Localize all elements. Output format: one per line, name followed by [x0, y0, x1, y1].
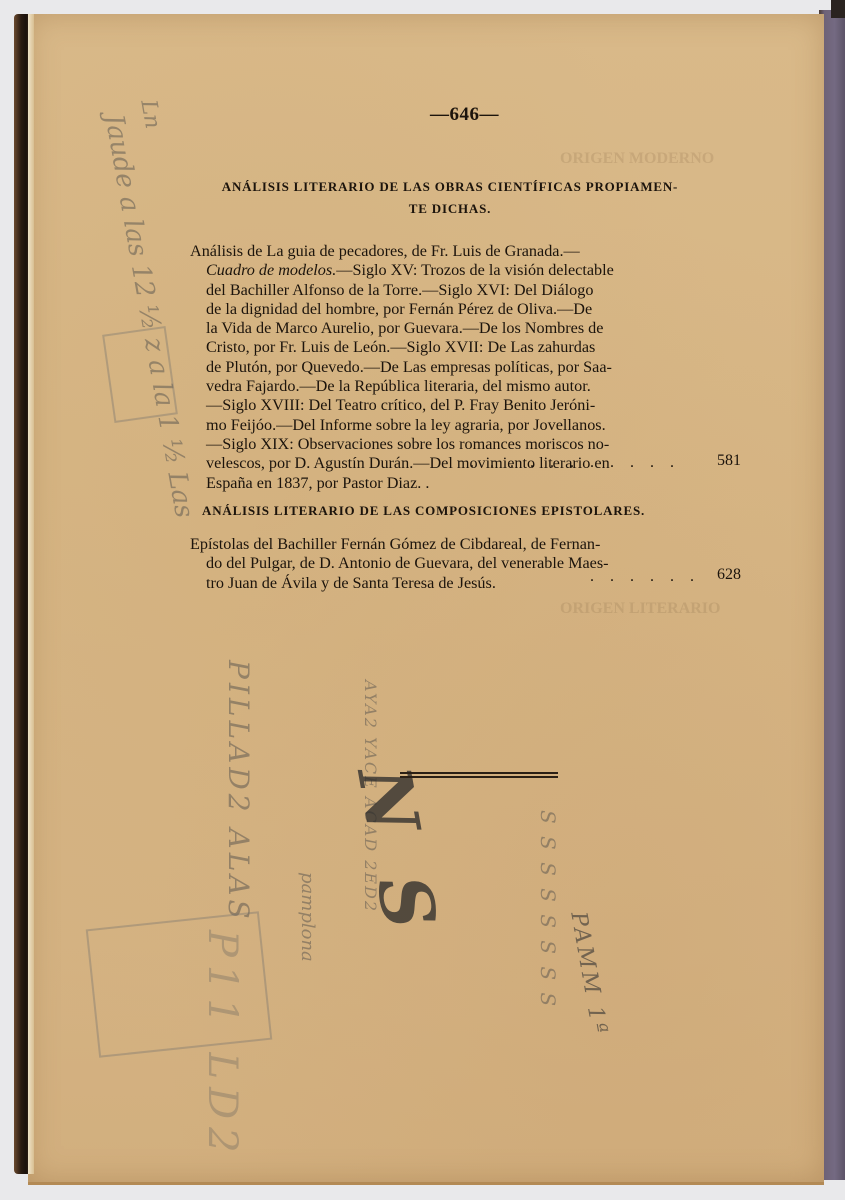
heading-line: TE DICHAS. [200, 198, 700, 220]
page-gutter [28, 14, 34, 1174]
entry-line: vedra Fajardo.—De la República literaria… [190, 377, 700, 396]
entry-line: —Siglo XVIII: Del Teatro crítico, del P.… [190, 396, 700, 415]
entry-line: Análisis de La guia de pecadores, de Fr.… [190, 242, 700, 261]
entry-line: mo Feijóo.—Del Informe sobre la ley agra… [190, 416, 700, 435]
entry-line: de la dignidad del hombre, por Fernán Pé… [190, 300, 700, 319]
entry-line: España en 1837, por Pastor Diaz. . [190, 474, 700, 493]
show-through-text: ORIGEN LITERARIO [560, 600, 720, 618]
cover-edge [831, 0, 845, 18]
section-heading-epistolary: ANÁLISIS LITERARIO DE LAS COMPOSICIONES … [200, 500, 702, 522]
pencil-s-pattern: S S S S S S S S [536, 810, 560, 1009]
entry-line: del Bachiller Alfonso de la Torre.—Siglo… [190, 281, 700, 300]
handwritten-note-top: Ln [135, 98, 165, 131]
show-through-text: ORIGEN MODERNO [560, 150, 714, 168]
section-heading-scientific-works: ANÁLISIS LITERARIO DE LAS OBRAS CIENTÍFI… [200, 176, 700, 220]
entry-line: Epístolas del Bachiller Fernán Gómez de … [190, 535, 700, 554]
entry-line-rest: —Siglo XV: Trozos de la visión delectabl… [336, 261, 614, 279]
entry-line: Cuadro de modelos.—Siglo XV: Trozos de l… [190, 261, 700, 280]
pencil-grid-sketch [102, 326, 178, 423]
sketch-block-text: P11 LD2 [199, 930, 245, 1161]
entry-line: de Plutón, por Quevedo.—De Las empresas … [190, 358, 700, 377]
entry-line: Cristo, por Fr. Luis de León.—Siglo XVII… [190, 338, 700, 357]
page-number: —646— [430, 104, 499, 126]
entry-line: —Siglo XIX: Observaciones sobre los roma… [190, 435, 700, 454]
page-reference: 628 [717, 566, 741, 584]
entry-line: la Vida de Marco Aurelio, por Guevara.—D… [190, 319, 700, 338]
handwritten-pamplona: pamplona [297, 872, 318, 962]
dot-leader: . . . . . . [590, 568, 700, 586]
heading-line: ANÁLISIS LITERARIO DE LAS COMPOSICIONES … [202, 500, 702, 522]
dot-leader: . . . . . . . . . . . [470, 454, 680, 472]
double-rule-divider [400, 772, 558, 778]
italic-title: Cuadro de modelos. [206, 261, 336, 279]
page-reference: 581 [717, 452, 741, 470]
handwritten-stamp-text: PILLAD2 ALAS [222, 660, 255, 923]
heading-line: ANÁLISIS LITERARIO DE LAS OBRAS CIENTÍFI… [200, 176, 700, 198]
